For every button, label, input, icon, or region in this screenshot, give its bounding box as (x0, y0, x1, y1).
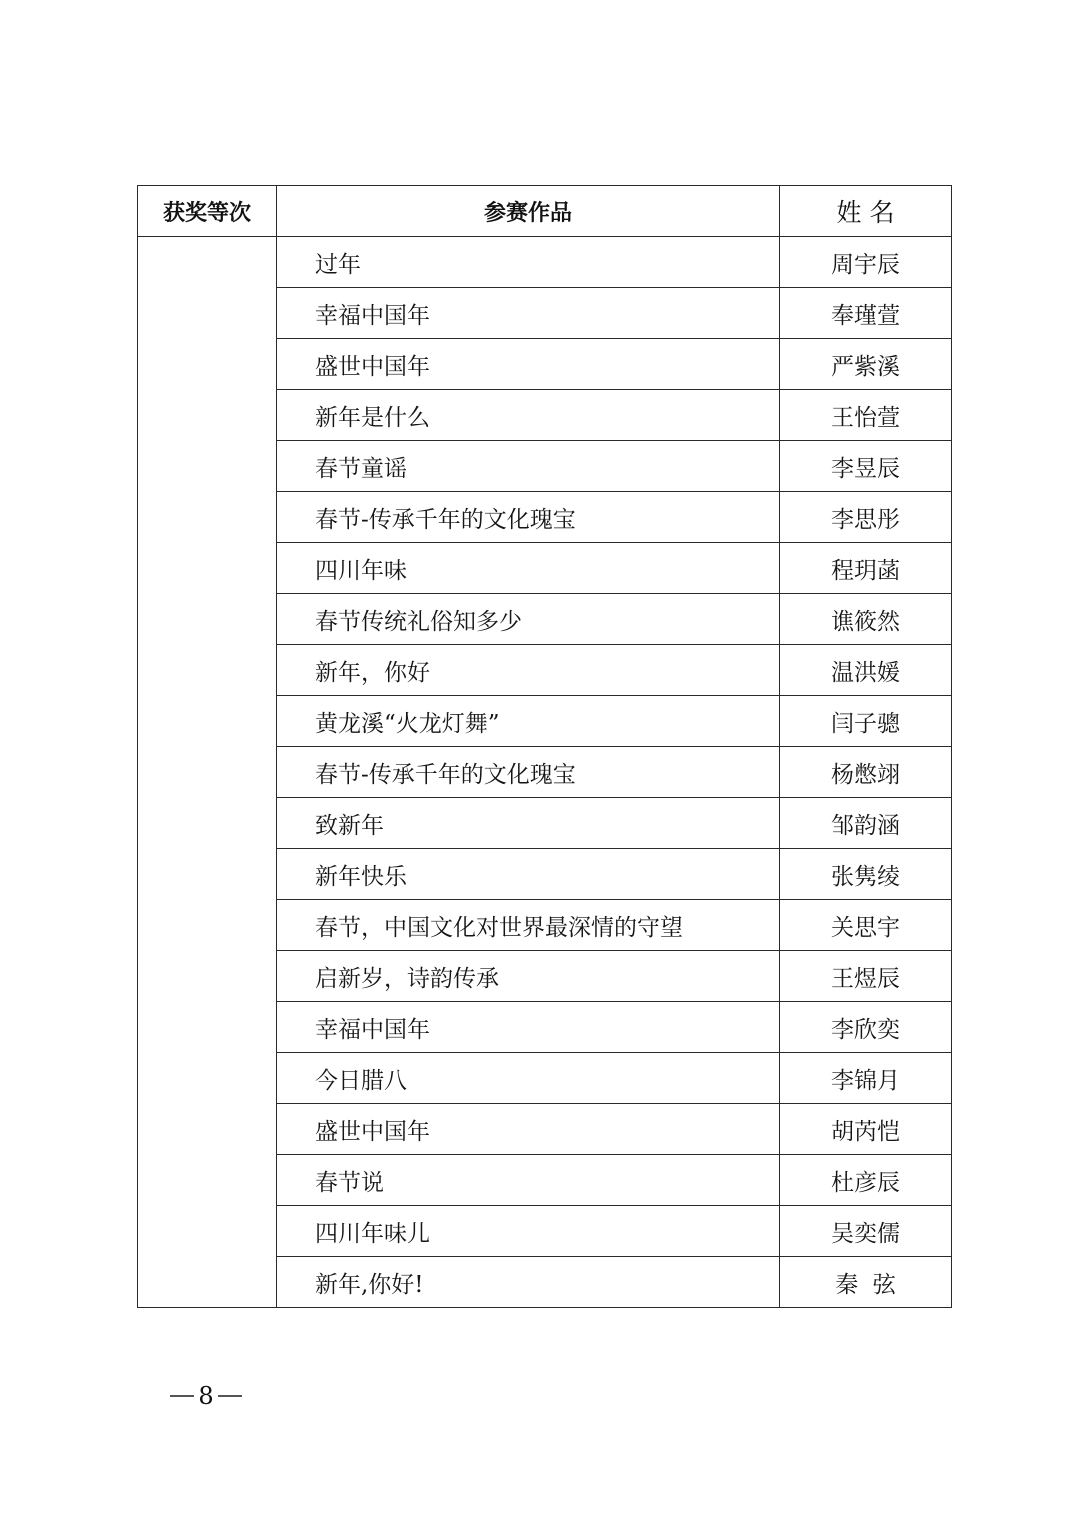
author-name: 关思宇 (780, 900, 952, 951)
work-title: 启新岁，诗韵传承 (277, 951, 780, 1002)
work-title: 春节传统礼俗知多少 (277, 594, 780, 645)
author-name: 王怡萱 (780, 390, 952, 441)
header-name: 姓 名 (780, 186, 952, 237)
work-title: 幸福中国年 (277, 288, 780, 339)
author-name: 周宇辰 (780, 237, 952, 288)
work-title: 新年快乐 (277, 849, 780, 900)
document-page: 获奖等次 参赛作品 姓 名 过年 周宇辰 幸福中国年 奉瑾萱 盛世中国年 严紫溪… (0, 0, 1080, 1527)
work-title: 幸福中国年 (277, 1002, 780, 1053)
author-name: 李锦月 (780, 1053, 952, 1104)
author-name: 李思彤 (780, 492, 952, 543)
author-name: 程玥菡 (780, 543, 952, 594)
author-name: 杜彦辰 (780, 1155, 952, 1206)
work-title: 新年,你好! (277, 1257, 780, 1308)
work-title: 黄龙溪“火龙灯舞” (277, 696, 780, 747)
author-name: 李欣奕 (780, 1002, 952, 1053)
author-name: 张隽绫 (780, 849, 952, 900)
award-level-cell (138, 237, 277, 1308)
table-row: 过年 周宇辰 (138, 237, 952, 288)
work-title: 盛世中国年 (277, 339, 780, 390)
awards-table: 获奖等次 参赛作品 姓 名 过年 周宇辰 幸福中国年 奉瑾萱 盛世中国年 严紫溪… (137, 185, 952, 1308)
table-body: 过年 周宇辰 幸福中国年 奉瑾萱 盛世中国年 严紫溪 新年是什么 王怡萱 春节童… (138, 237, 952, 1308)
author-name: 李昱辰 (780, 441, 952, 492)
page-number-dash-right (218, 1395, 242, 1397)
page-number-value: 8 (198, 1382, 213, 1410)
table-header-row: 获奖等次 参赛作品 姓 名 (138, 186, 952, 237)
author-name: 谯筱然 (780, 594, 952, 645)
work-title: 春节说 (277, 1155, 780, 1206)
author-name: 胡芮恺 (780, 1104, 952, 1155)
author-name: 闫子骢 (780, 696, 952, 747)
work-title: 四川年味儿 (277, 1206, 780, 1257)
page-number: 8 (166, 1381, 246, 1411)
work-title: 新年，你好 (277, 645, 780, 696)
page-number-dash-left (170, 1395, 194, 1397)
author-name: 秦 弦 (780, 1257, 952, 1308)
work-title: 致新年 (277, 798, 780, 849)
work-title: 今日腊八 (277, 1053, 780, 1104)
author-name: 奉瑾萱 (780, 288, 952, 339)
work-title: 春节童谣 (277, 441, 780, 492)
work-title: 新年是什么 (277, 390, 780, 441)
author-name: 杨憋翊 (780, 747, 952, 798)
author-name: 温洪媛 (780, 645, 952, 696)
work-title: 过年 (277, 237, 780, 288)
work-title: 春节-传承千年的文化瑰宝 (277, 492, 780, 543)
author-name: 严紫溪 (780, 339, 952, 390)
work-title: 春节-传承千年的文化瑰宝 (277, 747, 780, 798)
work-title: 春节，中国文化对世界最深情的守望 (277, 900, 780, 951)
header-work: 参赛作品 (277, 186, 780, 237)
author-name: 王煜辰 (780, 951, 952, 1002)
work-title: 四川年味 (277, 543, 780, 594)
author-name: 邹韵涵 (780, 798, 952, 849)
work-title: 盛世中国年 (277, 1104, 780, 1155)
header-award-level: 获奖等次 (138, 186, 277, 237)
author-name: 吴奕儒 (780, 1206, 952, 1257)
